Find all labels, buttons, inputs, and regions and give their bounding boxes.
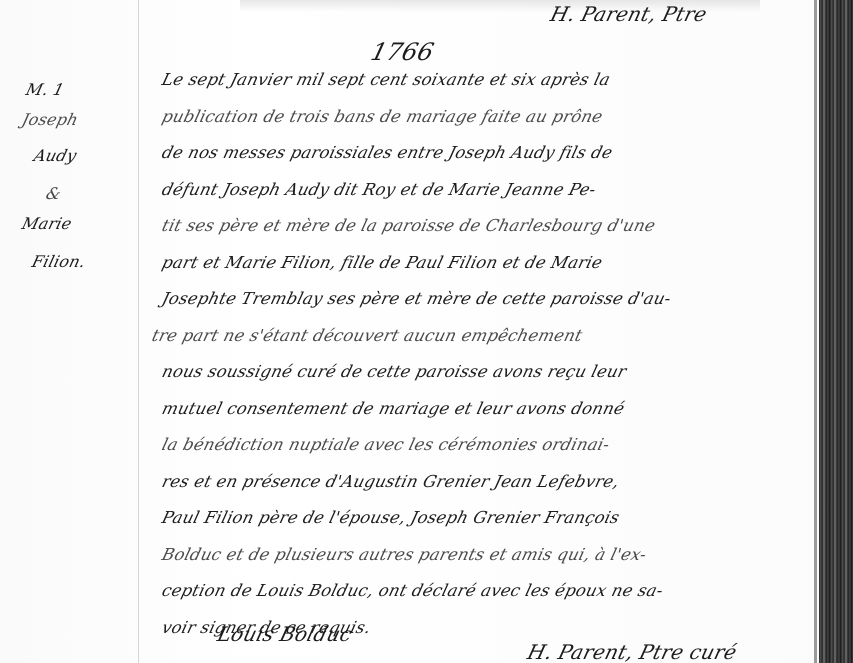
entry-line: publication de trois bans de mariage fai… [160, 107, 605, 126]
witness-signature: Louis Bolduc [215, 622, 355, 646]
margin-note-line: M. 1 [24, 80, 66, 99]
entry-year: 1766 [368, 38, 437, 66]
book-binding [819, 0, 853, 663]
margin-note-line: & [44, 184, 63, 203]
entry-line: Le sept Janvier mil sept cent soixante e… [160, 70, 612, 89]
entry-line: part et Marie Filion, fille de Paul Fili… [160, 253, 604, 272]
footer-signature: H. Parent, Ptre curé [525, 640, 739, 663]
entry-line: mutuel consentement de mariage et leur a… [160, 399, 627, 418]
margin-note-line: Filion. [30, 252, 88, 271]
margin-note-line: Audy [32, 146, 79, 165]
register-page: H. Parent, Ptre 1766 M. 1 Joseph Audy & … [0, 0, 853, 663]
entry-line: Josephte Tremblay ses père et mère de ce… [160, 289, 673, 308]
entry-line: ception de Louis Bolduc, ont déclaré ave… [160, 581, 665, 600]
margin-note-line: Marie [20, 214, 74, 233]
entry-line: tit ses père et mère de la paroisse de C… [160, 216, 657, 235]
margin-note-line: Joseph [20, 110, 80, 129]
entry-line: Paul Filion père de l'épouse, Joseph Gre… [160, 508, 622, 527]
entry-line: nous soussigné curé de cette paroisse av… [160, 362, 628, 381]
margin-rule [138, 0, 139, 663]
entry-line: Bolduc et de plusieurs autres parents et… [160, 545, 649, 564]
entry-line: de nos messes paroissiales entre Joseph … [160, 143, 615, 162]
entry-line: la bénédiction nuptiale avec les cérémon… [160, 435, 612, 454]
header-signature: H. Parent, Ptre [548, 2, 710, 26]
entry-line: res et en présence d'Augustin Grenier Je… [160, 472, 621, 491]
page-edge [814, 0, 817, 663]
entry-line: tre part ne s'étant découvert aucun empê… [150, 326, 584, 345]
entry-line: défunt Joseph Audy dit Roy et de Marie J… [160, 180, 598, 199]
